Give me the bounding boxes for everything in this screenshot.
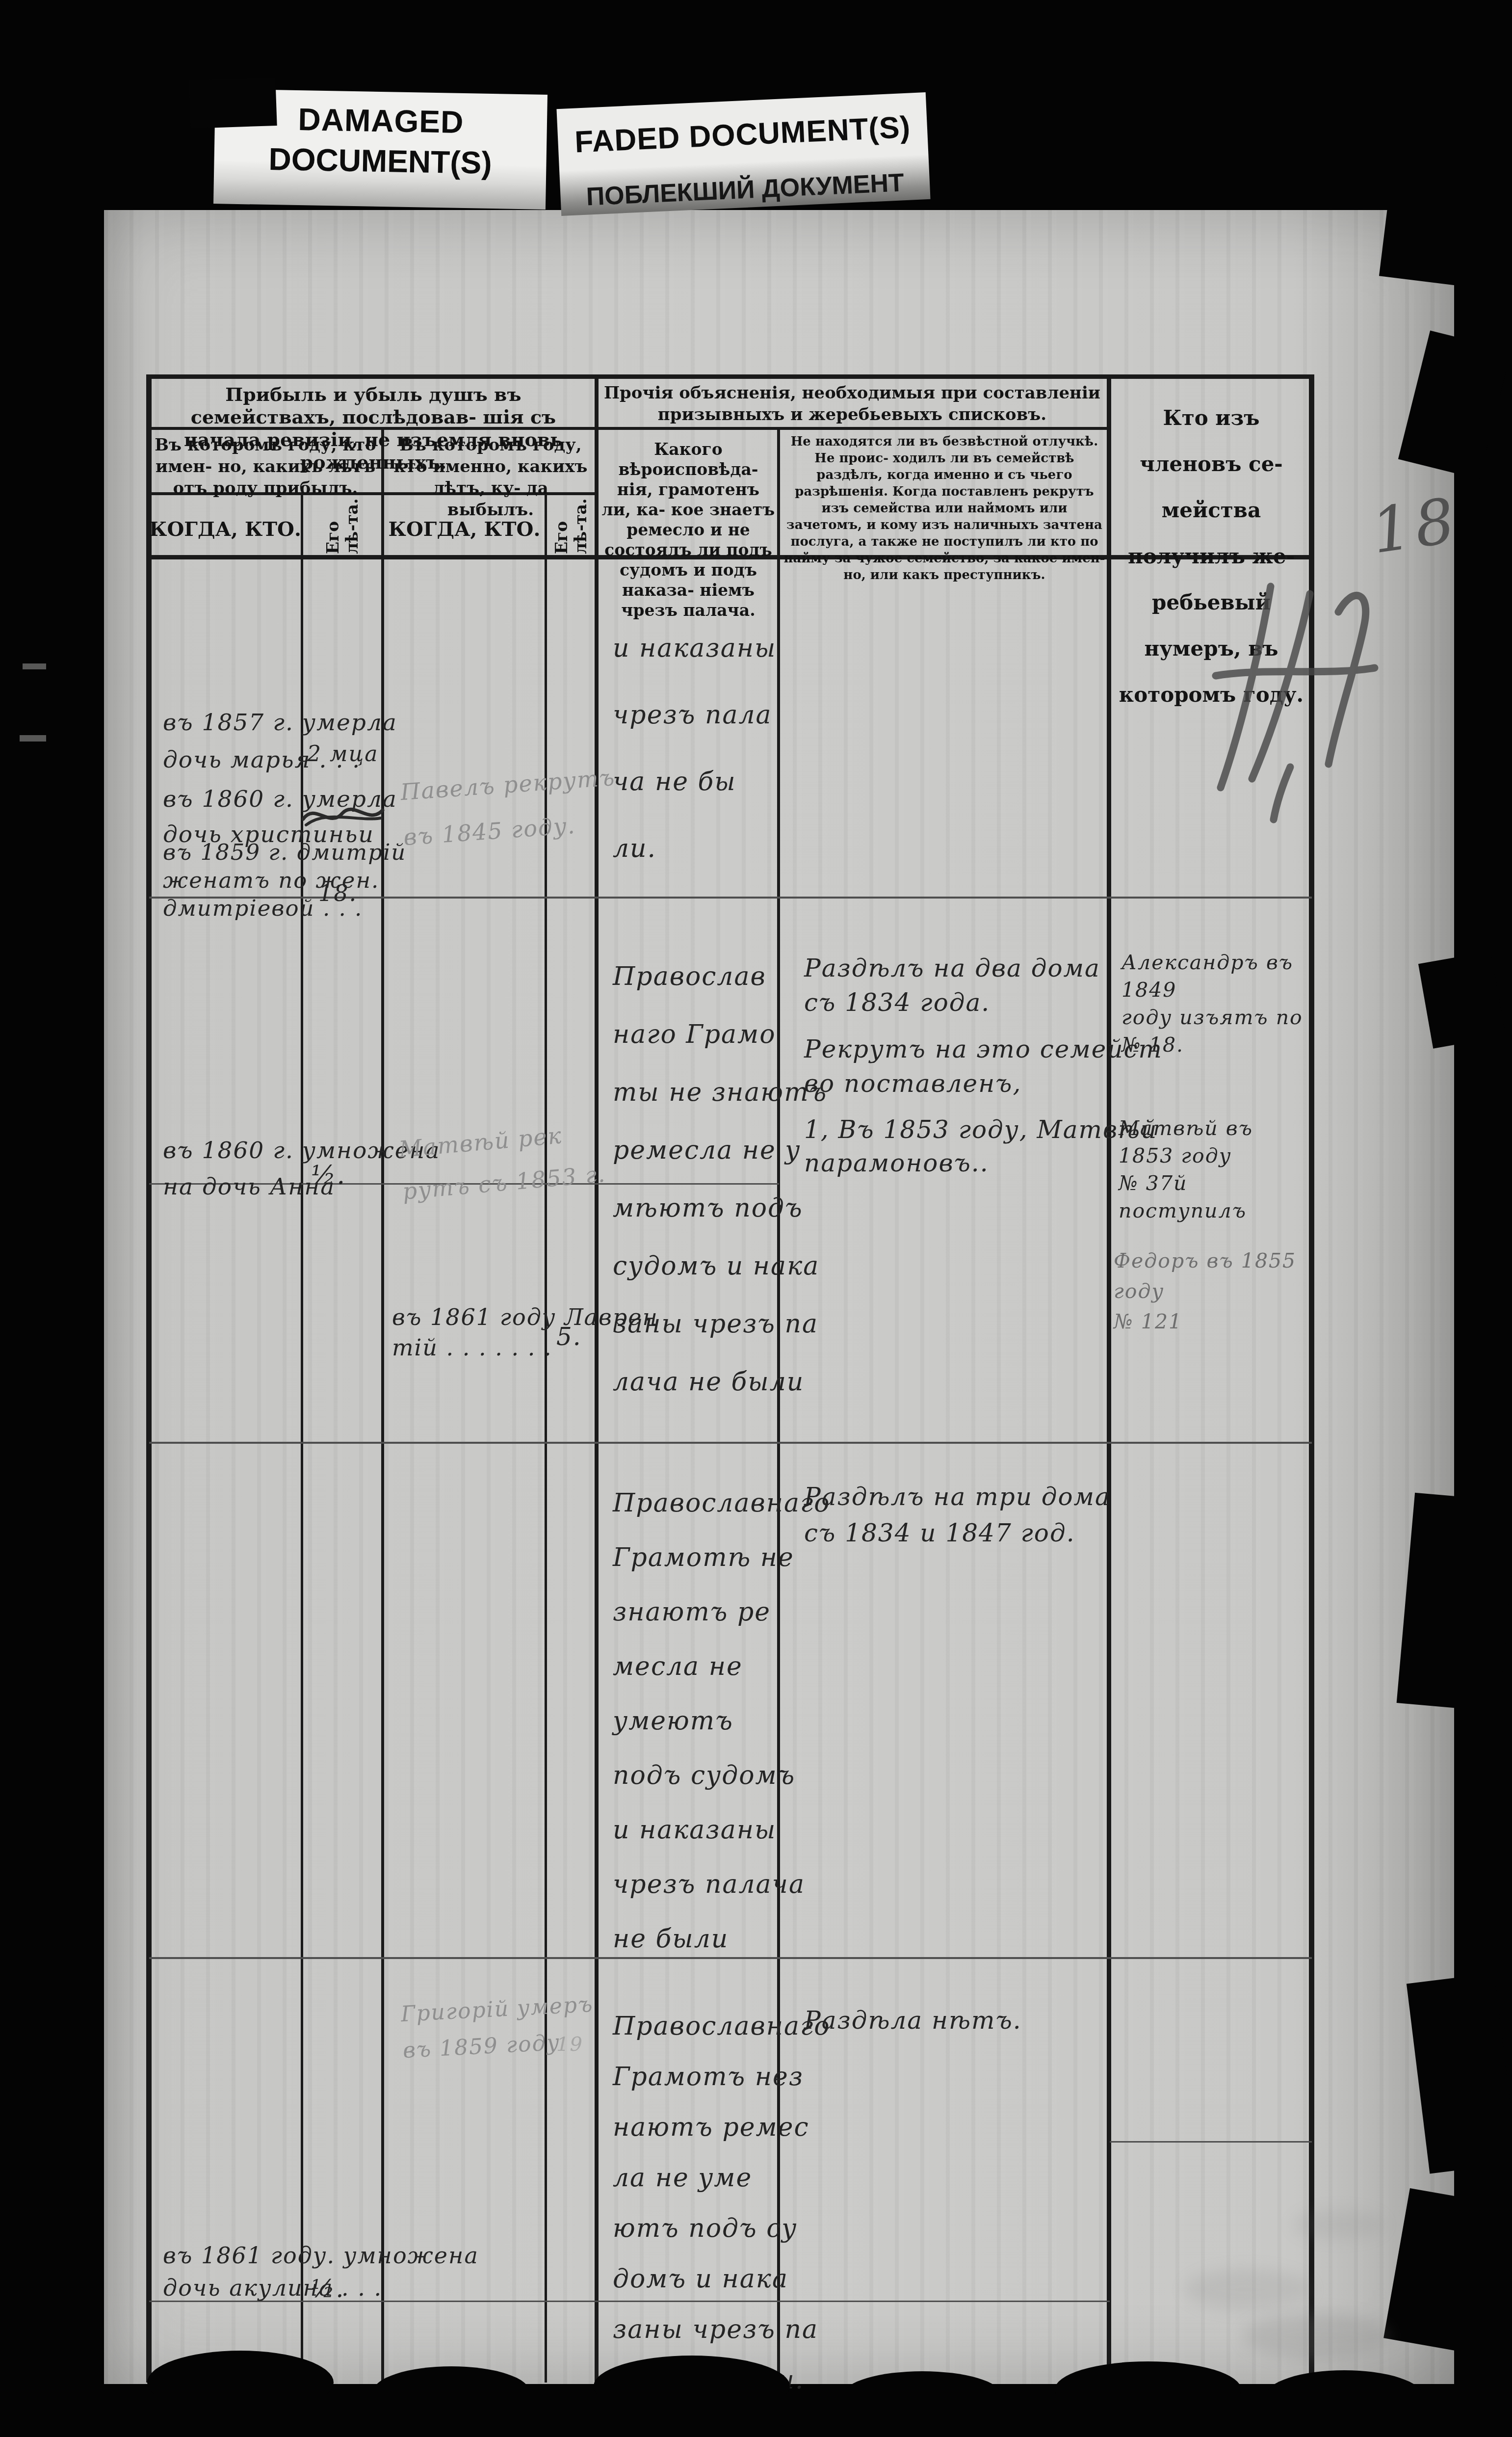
header-when-who-departed: КОГДА, КТО.	[384, 518, 545, 541]
header-group-explanations: Прочія объясненія, необходимыя при соста…	[602, 382, 1102, 425]
margin-tick	[23, 663, 46, 669]
age-arrival-family4: ½.	[311, 2275, 344, 2303]
torn-edge	[1418, 951, 1506, 1048]
grid-line	[146, 374, 1314, 379]
header-col-religion: Какого вѣроисповѣда- нія, грамотенъ ли, …	[600, 439, 776, 620]
note-division-family3: Раздѣлъ на три дома съ 1834 и 1847 год.	[804, 1479, 1111, 1551]
family-separator	[1110, 2141, 1312, 2143]
age-arrival-family2: ½.	[311, 1161, 346, 1190]
family-separator	[149, 1442, 1312, 1444]
crossed-out-age-scribble	[299, 796, 388, 838]
note-religion-family1: и наказаны чрезъ пала ча не бы ли.	[613, 615, 776, 882]
ink-smudge	[1243, 2313, 1390, 2359]
faded-label-line2: ПОБЛЕКШИЙ ДОКУМЕНТ	[560, 167, 930, 213]
bottom-black-band	[0, 2395, 1512, 2437]
header-age-departed: Его лѣ-та.	[547, 496, 595, 554]
pencil-age-family4: 19	[556, 2033, 583, 2056]
ink-smudge	[1292, 2210, 1385, 2239]
age-arrival-family1-3: 18.	[318, 880, 357, 906]
torn-edge	[1397, 1493, 1512, 1712]
lottery-fedor: Федоръ въ 1855 году № 121	[1114, 1245, 1312, 1337]
tape-fragment	[188, 77, 277, 129]
faded-label-line1: FADED DOCUMENT(S)	[557, 109, 928, 160]
note-religion-family4: Православнаго Грамотъ нез наютъ ремес ла…	[613, 2001, 831, 2406]
note-arrival-family1-3: въ 1859 г. дмитрій женатъ по жен. дмитрі…	[163, 838, 406, 922]
torn-edge	[1379, 196, 1512, 293]
pencil-departure-family2: Матвѣй рек рутъ съ 1853 г.	[397, 1111, 607, 1213]
note-division-family2: Раздѣлъ на два дома съ 1834 года.	[804, 951, 1100, 1020]
header-col-arrived: Въ которомъ году, кто имен- но, какихъ л…	[153, 434, 378, 499]
lottery-alexander: Александръ въ 1849 году изъятъ по № 18.	[1121, 949, 1312, 1059]
lottery-matvey: Матвѣй въ 1853 году № 37й поступилъ	[1119, 1114, 1312, 1224]
header-col-notes: Не находятся ли въ безвѣстной отлучкѣ. Н…	[783, 433, 1106, 583]
pencil-departure-family1: Павелъ рекрутъ въ 1845 году.	[399, 755, 620, 860]
age-departure-family2: 5.	[556, 1323, 582, 1351]
note-recruit-family2: Рекрутъ на это семейст во поставленъ,	[804, 1032, 1163, 1101]
grid-line	[595, 374, 599, 2383]
note-religion-family2: Православ наго Грамо ты не знаютъ ремесл…	[613, 948, 827, 1411]
grid-line	[146, 374, 152, 2383]
ink-smudge	[1184, 2269, 1312, 2310]
pencil-departure-family4: Григорій умеръ въ 1859 году	[400, 1987, 596, 2069]
faded-document-label: FADED DOCUMENT(S) ПОБЛЕКШИЙ ДОКУМЕНТ	[556, 92, 930, 216]
damaged-label-line2: DOCUMENT(S)	[214, 140, 547, 182]
scanned-revision-list-page: Прибыль и убыль душъ въ семействахъ, пос…	[0, 0, 1512, 2437]
header-age-arrived: Его лѣ-та.	[303, 496, 381, 554]
age-arrival-family1-1: 2 мца	[307, 742, 378, 767]
note-religion-family3: Православнаго Грамотѣ не знаютъ ре месла…	[613, 1476, 831, 1966]
margin-tick	[20, 735, 46, 742]
note-recruit-1853-family2: 1, Въ 1853 году, Матвѣй парамоновъ..	[804, 1113, 1157, 1180]
grid-line	[1107, 374, 1111, 2383]
big-pencil-mark-17	[1119, 552, 1383, 827]
note-division-family4: Раздѣла нѣтъ.	[804, 2006, 1022, 2035]
header-when-who-arrived: КОГДА, КТО.	[149, 518, 301, 541]
